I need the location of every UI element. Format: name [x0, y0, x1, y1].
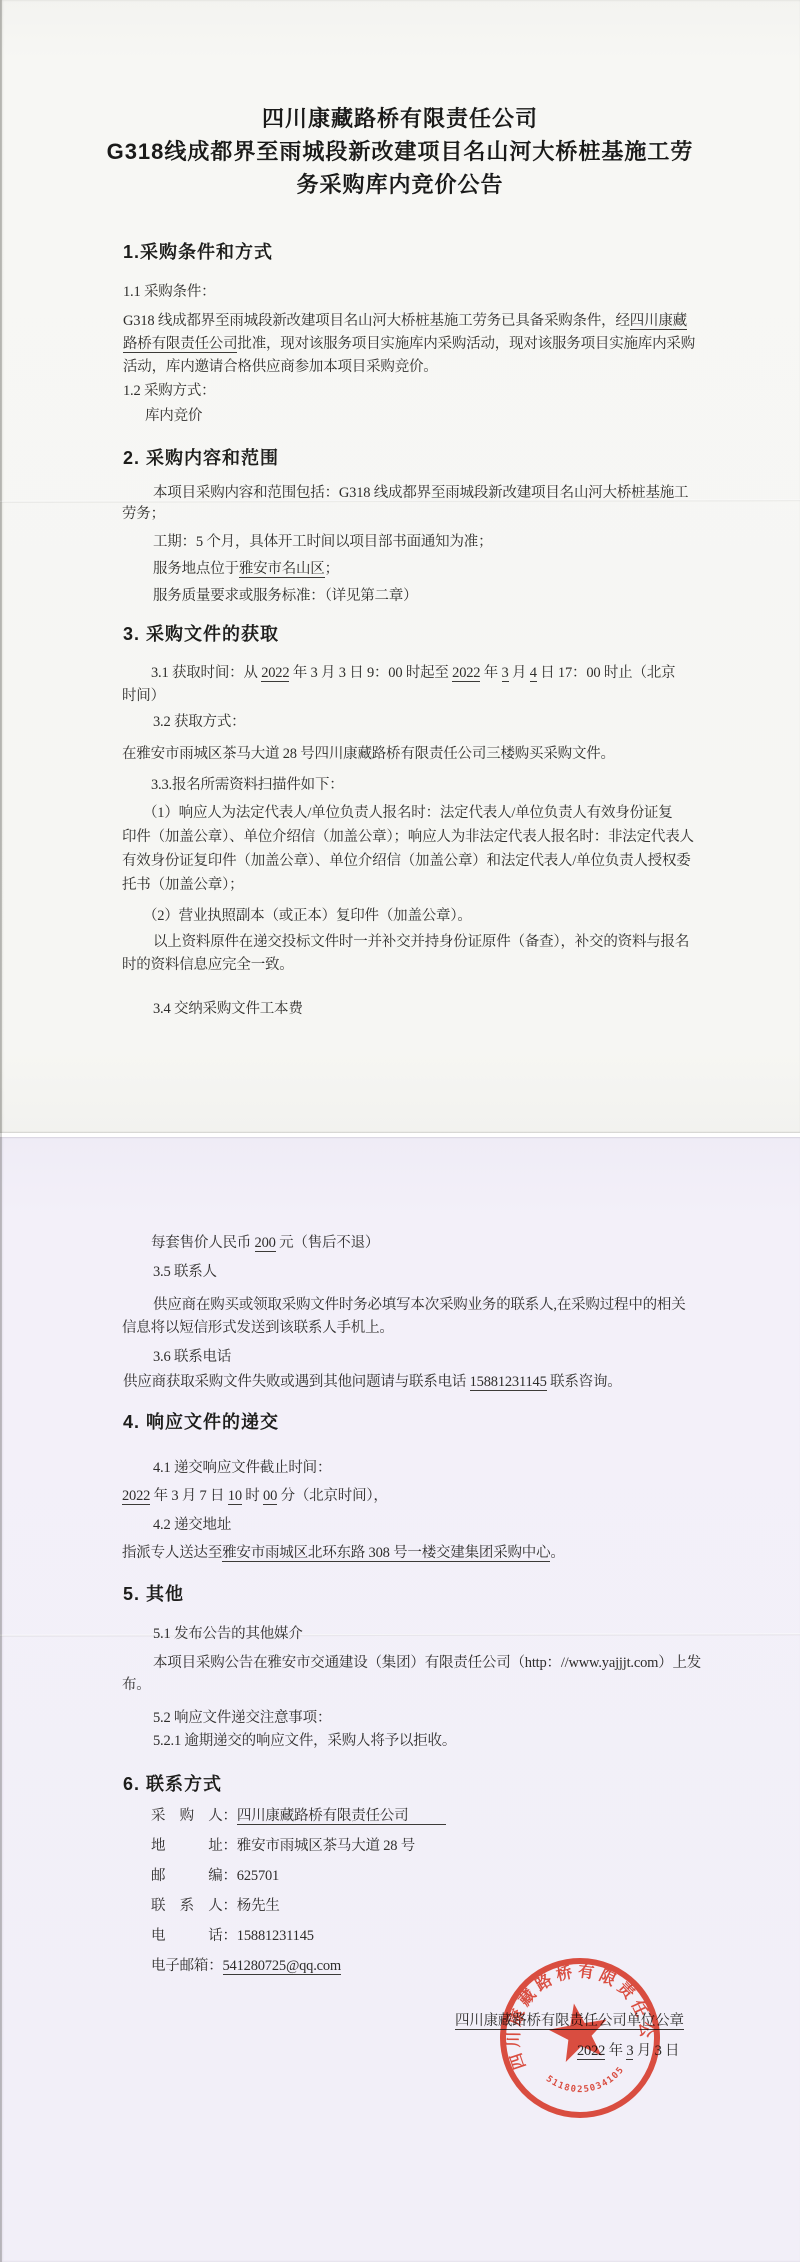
clause-1-1-para-line3: 活动，库内邀请合格供应商参加本项目采购竞价。: [123, 357, 438, 377]
clause-5-2: 5.2 响应文件递交注意事项：: [153, 1708, 331, 1728]
title-line-2: G318线成都界至雨城段新改建项目名山河大桥桩基施工劳: [0, 137, 800, 167]
text-run: 劳务；: [122, 506, 165, 522]
clause-1-1-para-line1: G318 线成都界至雨城段新改建项目名山河大桥桩基施工劳务已具备采购条件，经四川…: [123, 311, 687, 331]
clause-3-3-item1-line1: （1）响应人为法定代表人/单位负责人报名时：法定代表人/单位负责人有效身份证复: [143, 803, 673, 823]
text-run: 6. 联系方式: [123, 1774, 222, 1794]
document-text: 四川康藏路桥有限责任公司G318线成都界至雨城段新改建项目名山河大桥桩基施工劳务…: [0, 0, 800, 2262]
contact-email: 电子邮箱：541280725@qq.com: [151, 1956, 341, 1976]
clause-3-5-para-line1: 供应商在购买或领取采购文件时务必填写本次采购业务的联系人,在采购过程中的相关: [153, 1295, 686, 1315]
text-run: 印件（加盖公章）、单位介绍信（加盖公章）；响应人为非法定代表人报名时：非法定代表…: [122, 829, 694, 845]
text-run: 2022: [452, 665, 480, 682]
text-run: 时间）: [122, 688, 165, 704]
section-2-quality: 服务质量要求或服务标准：（详见第二章）: [153, 586, 417, 606]
text-run: 时的资料信息应完全一致。: [122, 957, 294, 973]
section-6-heading: 6. 联系方式: [123, 1772, 222, 1796]
text-run: 15881231145: [470, 1374, 547, 1391]
text-run: 有效身份证复印件（加盖公章）、单位介绍信（加盖公章）和法定代表人/单位负责人授权…: [122, 853, 691, 869]
text-run: 采 购 人：: [151, 1808, 237, 1824]
text-run: 日 17：00 时止（北京: [537, 665, 676, 681]
text-run: 541280725@qq.com: [223, 1958, 342, 1975]
clause-4-2: 4.2 递交地址: [153, 1515, 231, 1535]
clause-1-1: 1.1 采购条件：: [123, 282, 215, 302]
text-run: 3.2 获取方式：: [153, 714, 245, 730]
clause-5-1-para-line2: 布。: [122, 1675, 151, 1695]
text-run: 批准，现对该服务项目实施库内采购活动，现对该服务项目实施库内采购: [237, 336, 695, 352]
title-line-3: 务采购库内竞价公告: [0, 170, 800, 200]
text-run: 5.1 发布公告的其他媒介: [153, 1626, 303, 1642]
text-run: 务采购库内竞价公告: [296, 172, 503, 197]
text-run: 布。: [122, 1677, 151, 1693]
clause-1-2: 1.2 采购方式：: [123, 381, 215, 401]
seal-registration-number: 5118025034105: [543, 2061, 630, 2102]
contact-person: 联 系 人：杨先生: [151, 1896, 280, 1916]
clause-5-1-para-line1: 本项目采购公告在雅安市交通建设（集团）有限责任公司（http：//www.yaj…: [153, 1653, 701, 1673]
text-run: 电 话：15881231145: [151, 1928, 314, 1944]
clause-3-5-para-line2: 信息将以短信形式发送到该联系人手机上。: [122, 1318, 394, 1338]
text-run: 服务质量要求或服务标准：（详见第二章）: [153, 588, 417, 604]
clause-4-1: 4.1 递交响应文件截止时间：: [153, 1458, 331, 1478]
clause-3-6: 3.6 联系电话: [153, 1347, 231, 1367]
text-run: 托书（加盖公章）；: [122, 877, 243, 893]
text-run: 3.3.报名所需资料扫描件如下：: [151, 777, 344, 793]
text-run: 3.5 联系人: [153, 1264, 217, 1280]
text-run: 2. 采购内容和范围: [123, 448, 279, 468]
text-run: 路桥有限责任公司: [123, 336, 237, 353]
section-3-heading: 3. 采购文件的获取: [123, 622, 279, 646]
text-run: 工期：5 个月，具体开工时间以项目部书面通知为准；: [153, 534, 492, 550]
text-run: 雅安市雨城区北环东路 308 号一楼交建集团采购中心: [222, 1545, 550, 1562]
clause-3-5: 3.5 联系人: [153, 1262, 217, 1282]
text-run: G318线成都界至雨城段新改建项目名山河大桥桩基施工劳: [107, 139, 694, 164]
text-run: 库内竞价: [145, 408, 202, 424]
title-line-1: 四川康藏路桥有限责任公司: [0, 104, 800, 134]
clause-3-2: 3.2 获取方式：: [153, 712, 245, 732]
clause-1-2-value: 库内竞价: [145, 406, 202, 426]
text-run: 本项目采购公告在雅安市交通建设（集团）有限责任公司（http：//www.yaj…: [153, 1655, 701, 1671]
text-run: 在雅安市雨城区茶马大道 28 号四川康藏路桥有限责任公司三楼购买采购文件。: [122, 746, 615, 762]
section-1-heading: 1.采购条件和方式: [123, 240, 273, 264]
seal-star: [545, 1998, 613, 2063]
text-run: 4.2 递交地址: [153, 1517, 231, 1533]
clause-3-4: 3.4 交纳采购文件工本费: [153, 999, 303, 1019]
clause-3-1-line2: 时间）: [122, 686, 165, 706]
text-run: 3.4 交纳采购文件工本费: [153, 1001, 303, 1017]
company-seal-stamp: 四川康藏路桥有限责任公司 5118025034105: [492, 1950, 668, 2126]
clause-3-3-item1-line2: 印件（加盖公章）、单位介绍信（加盖公章）；响应人为非法定代表人报名时：非法定代表…: [122, 827, 694, 847]
text-run: 1.2 采购方式：: [123, 383, 215, 399]
text-run: 3. 采购文件的获取: [123, 624, 279, 644]
section-2-heading: 2. 采购内容和范围: [123, 446, 279, 470]
text-run: 四川康藏: [630, 313, 687, 330]
section-5-heading: 5. 其他: [123, 1582, 184, 1606]
text-run: 本项目采购内容和范围包括：G318 线成都界至雨城段新改建项目名山河大桥桩基施工: [153, 485, 688, 501]
section-2-para-line2: 劳务；: [122, 504, 165, 524]
text-run: （1）响应人为法定代表人/单位负责人报名时：法定代表人/单位负责人有效身份证复: [143, 805, 673, 821]
clause-5-1: 5.1 发布公告的其他媒介: [153, 1624, 303, 1644]
clause-1-1-para-line2: 路桥有限责任公司批准，现对该服务项目实施库内采购活动，现对该服务项目实施库内采购: [123, 334, 695, 354]
text-run: 5.2.1 逾期递交的响应文件，采购人将予以拒收。: [153, 1733, 456, 1749]
text-run: 供应商在购买或领取采购文件时务必填写本次采购业务的联系人,在采购过程中的相关: [153, 1297, 686, 1313]
text-run: 四川康藏路桥有限责任公司: [237, 1808, 447, 1825]
clause-3-3-note-line2: 时的资料信息应完全一致。: [122, 955, 294, 975]
text-run: 200: [255, 1235, 276, 1252]
text-run: 信息将以短信形式发送到该联系人手机上。: [122, 1320, 394, 1336]
clause-3-3-note-line1: 以上资料原件在递交投标文件时一并补交并持身份证原件（备查），补交的资料与报名: [153, 932, 689, 952]
clause-3-3-item1-line3: 有效身份证复印件（加盖公章）、单位介绍信（加盖公章）和法定代表人/单位负责人授权…: [122, 851, 691, 871]
text-run: ；: [325, 561, 339, 577]
text-run: 4. 响应文件的递交: [123, 1412, 279, 1432]
section-2-para-line1: 本项目采购内容和范围包括：G318 线成都界至雨城段新改建项目名山河大桥桩基施工: [153, 483, 688, 503]
text-run: 10: [228, 1488, 242, 1505]
text-run: 指派专人送达至: [122, 1545, 222, 1561]
text-run: 联系咨询。: [547, 1374, 622, 1390]
clause-4-2-address: 指派专人送达至雅安市雨城区北环东路 308 号一楼交建集团采购中心。: [122, 1543, 565, 1563]
text-run: 年: [480, 665, 501, 681]
contact-buyer: 采 购 人：四川康藏路桥有限责任公司: [151, 1806, 446, 1826]
text-run: 年 3 月 7 日: [150, 1488, 228, 1504]
text-run: 每套售价人民币: [151, 1235, 255, 1251]
text-run: 2022: [122, 1488, 150, 1505]
text-run: 地 址：雅安市雨城区茶马大道 28 号: [151, 1838, 415, 1854]
section-2-duration: 工期：5 个月，具体开工时间以项目部书面通知为准；: [153, 532, 492, 552]
text-run: 3.6 联系电话: [153, 1349, 231, 1365]
text-run: 雅安市名山区: [239, 561, 325, 578]
text-run: 月: [509, 665, 530, 681]
clause-3-2-para: 在雅安市雨城区茶马大道 28 号四川康藏路桥有限责任公司三楼购买采购文件。: [122, 744, 615, 764]
section-2-location: 服务地点位于雅安市名山区；: [153, 559, 339, 579]
clause-3-3: 3.3.报名所需资料扫描件如下：: [151, 775, 344, 795]
clause-5-2-1: 5.2.1 逾期递交的响应文件，采购人将予以拒收。: [153, 1731, 456, 1751]
clause-3-3-item2: （2）营业执照副本（或正本）复印件（加盖公章）。: [143, 906, 472, 926]
text-run: （2）营业执照副本（或正本）复印件（加盖公章）。: [143, 908, 472, 924]
text-run: 四川康藏路桥有限责任公司: [262, 106, 538, 131]
text-run: 5.2 响应文件递交注意事项：: [153, 1710, 331, 1726]
text-run: 邮 编：625701: [151, 1868, 279, 1884]
clause-3-3-item1-line4: 托书（加盖公章）；: [122, 875, 243, 895]
text-run: 3.1 获取时间：从: [151, 665, 261, 681]
text-run: 00: [263, 1488, 277, 1505]
clause-3-4-price: 每套售价人民币 200 元（售后不退）: [151, 1233, 379, 1253]
contact-phone: 电 话：15881231145: [151, 1926, 314, 1946]
text-run: 时: [242, 1488, 263, 1504]
contact-address: 地 址：雅安市雨城区茶马大道 28 号: [151, 1836, 415, 1856]
text-run: 供应商获取采购文件失败或遇到其他问题请与联系电话: [123, 1374, 470, 1390]
text-run: 活动，库内邀请合格供应商参加本项目采购竞价。: [123, 359, 438, 375]
clause-3-1-line1: 3.1 获取时间：从 2022 年 3 月 3 日 9：00 时起至 2022 …: [151, 663, 675, 683]
text-run: 联 系 人：杨先生: [151, 1898, 280, 1914]
text-run: 2022: [261, 665, 289, 682]
text-run: 3: [502, 665, 509, 682]
text-run: 1.1 采购条件：: [123, 284, 215, 300]
clause-3-6-para: 供应商获取采购文件失败或遇到其他问题请与联系电话 15881231145 联系咨…: [123, 1372, 622, 1392]
text-run: 服务地点位于: [153, 561, 239, 577]
text-run: G318 线成都界至雨城段新改建项目名山河大桥桩基施工劳务已具备采购条件，经: [123, 313, 630, 329]
text-run: 分（北京时间），: [277, 1488, 388, 1504]
text-run: 1.采购条件和方式: [123, 242, 273, 262]
text-run: 4.1 递交响应文件截止时间：: [153, 1460, 331, 1476]
contact-postcode: 邮 编：625701: [151, 1866, 279, 1886]
clause-4-1-deadline: 2022 年 3 月 7 日 10 时 00 分（北京时间），: [122, 1486, 388, 1506]
text-run: 5. 其他: [123, 1584, 184, 1604]
scan-edge-shadow: [0, 0, 2, 2262]
text-run: 4: [530, 665, 537, 682]
scanned-procurement-notice: 四川康藏路桥有限责任公司G318线成都界至雨城段新改建项目名山河大桥桩基施工劳务…: [0, 0, 800, 2262]
text-run: 。: [550, 1545, 564, 1561]
text-run: 以上资料原件在递交投标文件时一并补交并持身份证原件（备查），补交的资料与报名: [153, 934, 689, 950]
text-run: 元（售后不退）: [276, 1235, 380, 1251]
text-run: 电子邮箱：: [151, 1958, 223, 1974]
text-run: 年 3 月 3 日 9：00 时起至: [289, 665, 452, 681]
section-4-heading: 4. 响应文件的递交: [123, 1410, 279, 1434]
